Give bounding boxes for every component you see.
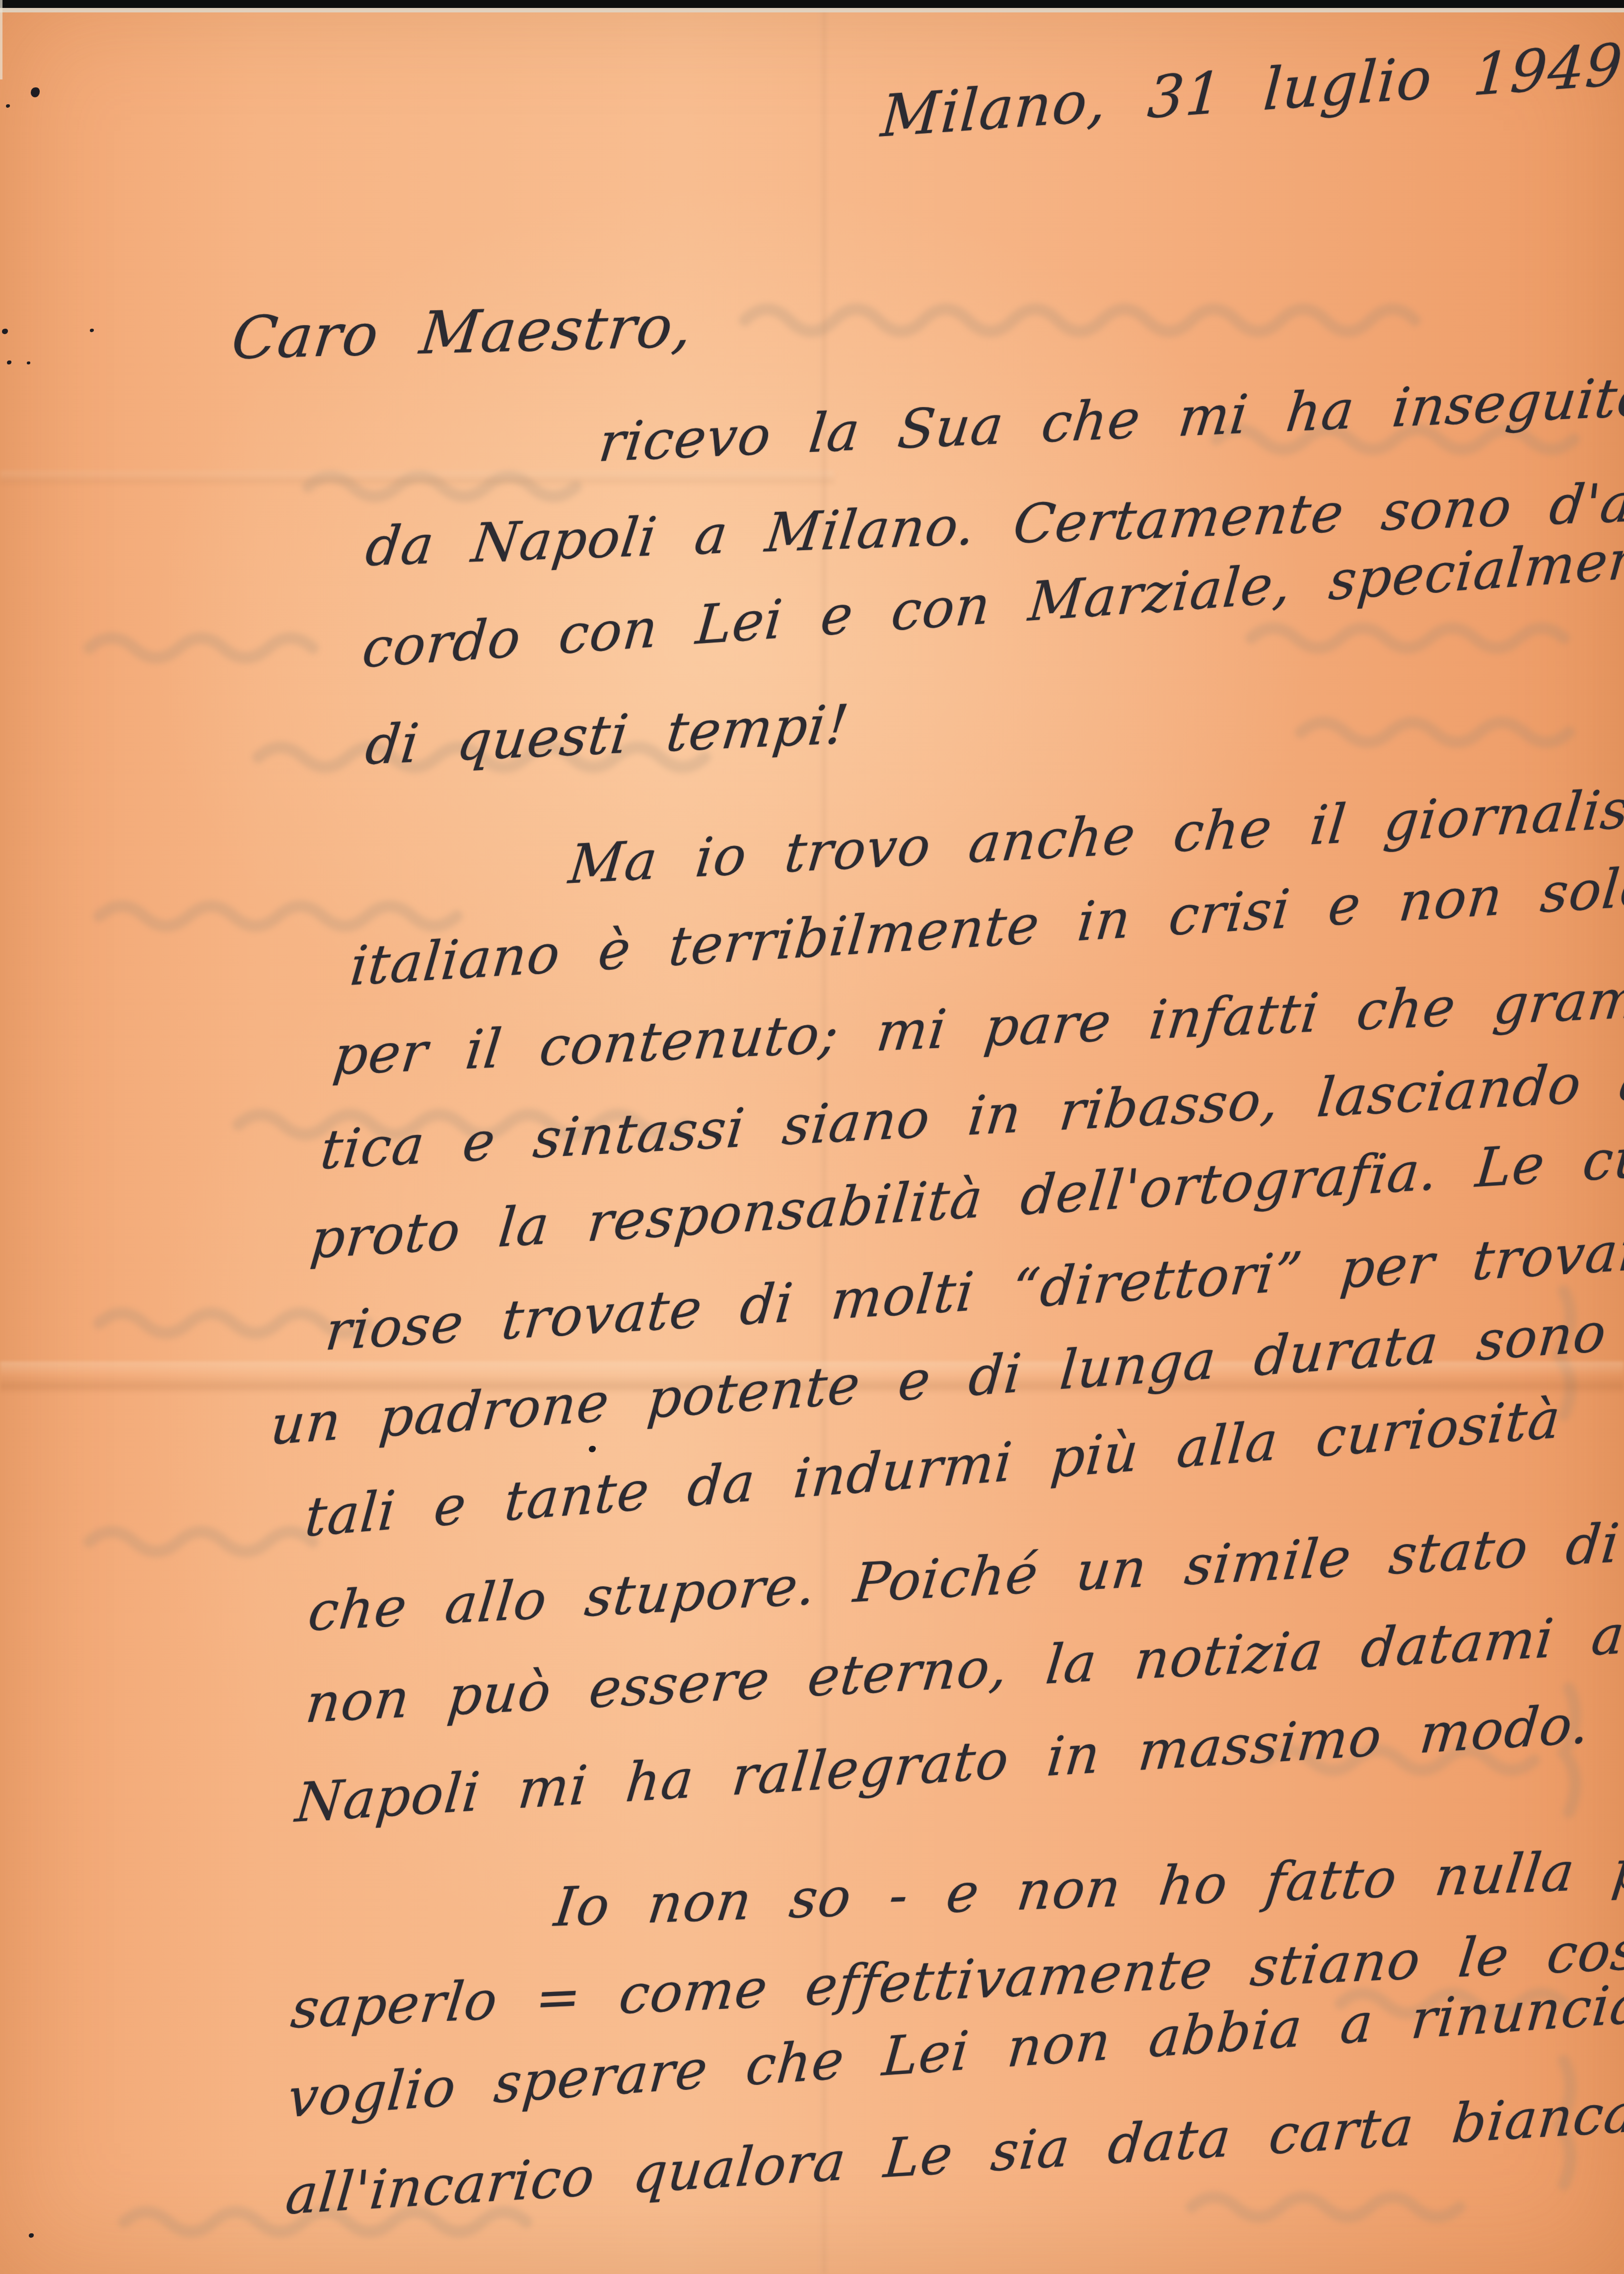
letter-page: Milano, 31 luglio 1949 Caro Maestro, ric… (0, 0, 1624, 2274)
scan-edge-highlight (0, 8, 1624, 12)
scan-edge-top (0, 0, 1624, 8)
letter-salutation: Caro Maestro, (228, 291, 697, 372)
upper-fold-crease (0, 471, 834, 484)
scan-edge-left (0, 0, 2, 79)
